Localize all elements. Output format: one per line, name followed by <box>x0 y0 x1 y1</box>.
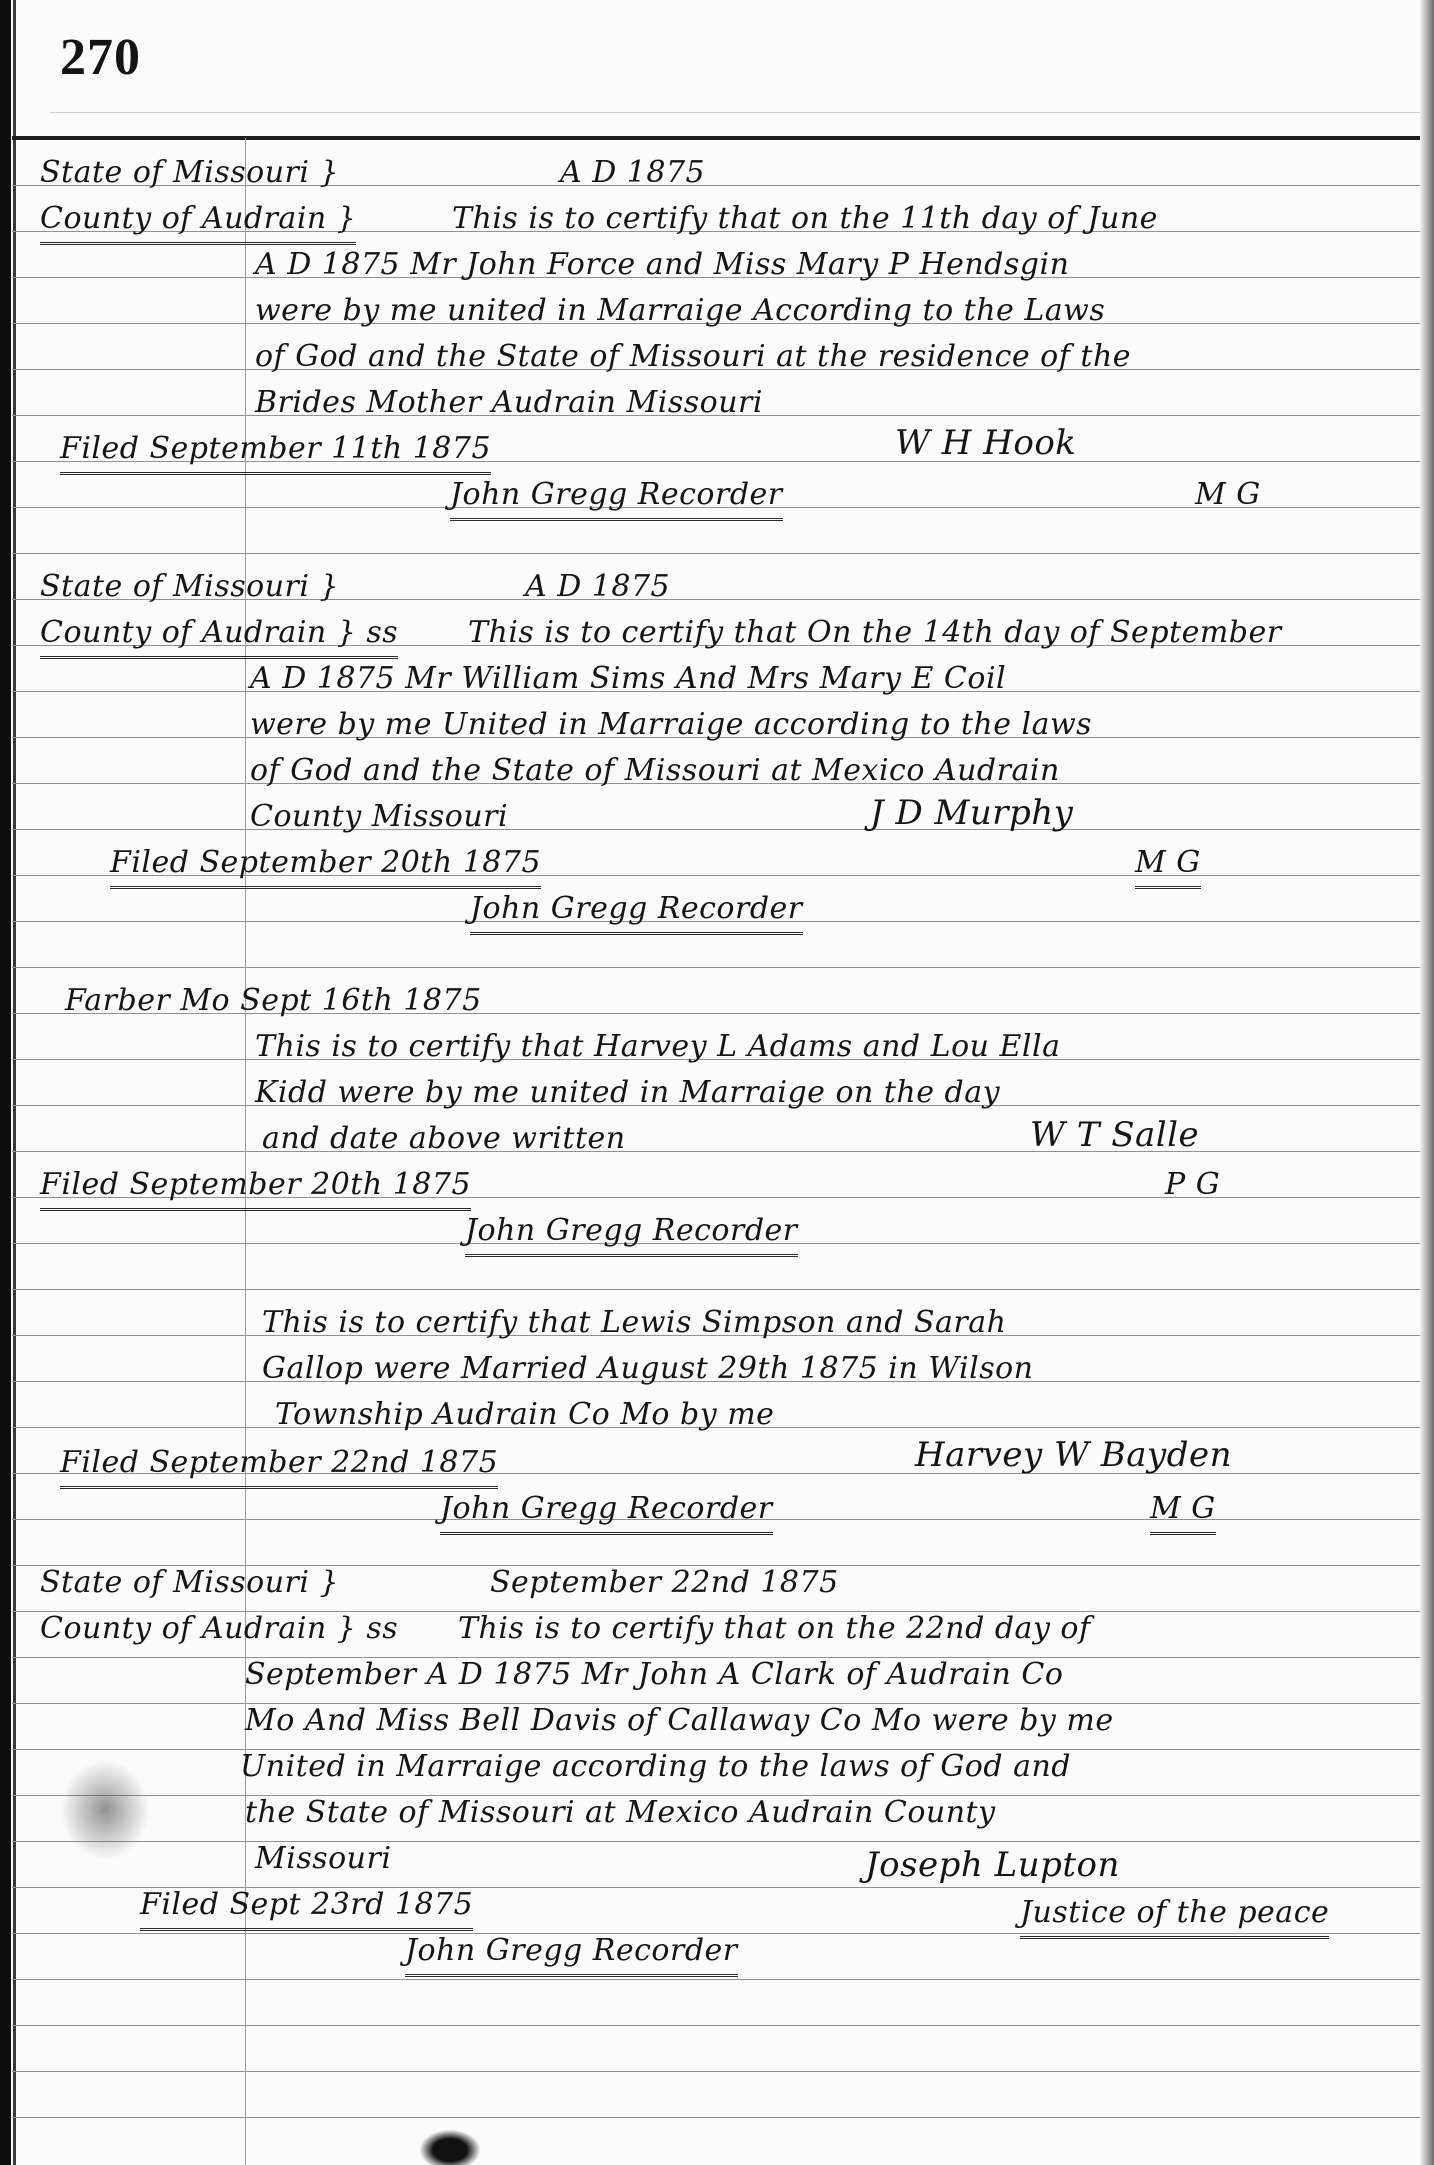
entry-2-officiant-signature: J D Murphy <box>870 790 1073 836</box>
entry-1-body-line-1: This is to certify that on the 11th day … <box>452 196 1158 242</box>
entry-3-place-date: Farber Mo Sept 16th 1875 <box>65 978 482 1024</box>
entry-2-body-line-4: of God and the State of Missouri at Mexi… <box>250 748 1060 794</box>
page-right-edge <box>1420 0 1434 2165</box>
entry-5-body-line-5: the State of Missouri at Mexico Audrain … <box>245 1790 996 1836</box>
entry-5-county-header: County of Audrain } ss <box>40 1606 398 1652</box>
entry-3-body-line-2: Kidd were by me united in Marraige on th… <box>255 1070 1000 1116</box>
entry-3-officiant-signature: W T Salle <box>1030 1112 1199 1158</box>
faint-header-rule <box>50 112 1420 113</box>
entry-1-recorder-signature: John Gregg Recorder <box>450 472 783 521</box>
entry-2-state-header: State of Missouri } <box>40 564 339 610</box>
entry-1-body-line-3: were by me united in Marraige According … <box>255 288 1105 334</box>
entry-1-county-header: County of Audrain } <box>40 196 356 245</box>
entry-2-body-line-5: County Missouri <box>250 794 508 840</box>
entry-4-officiant-signature: Harvey W Bayden <box>915 1432 1232 1478</box>
entry-4-body-line-2: Gallop were Married August 29th 1875 in … <box>262 1346 1033 1392</box>
entry-4-body-line-1: This is to certify that Lewis Simpson an… <box>262 1300 1006 1346</box>
entry-5-state-header: State of Missouri } <box>40 1560 339 1606</box>
entry-3-filed-date: Filed September 20th 1875 <box>40 1162 471 1211</box>
ink-blot <box>420 2130 480 2165</box>
entry-5-body-line-6: Missouri <box>255 1836 391 1882</box>
entry-5-body-line-1: This is to certify that on the 22nd day … <box>458 1606 1091 1652</box>
entry-2-body-line-2: A D 1875 Mr William Sims And Mrs Mary E … <box>250 656 1006 702</box>
entry-3-officiant-title: P G <box>1165 1162 1220 1208</box>
entry-2-officiant-title: M G <box>1135 840 1201 889</box>
entry-4-recorder-signature: John Gregg Recorder <box>440 1486 773 1535</box>
entry-2-county-header: County of Audrain } ss <box>40 610 398 659</box>
entry-4-officiant-title: M G <box>1150 1486 1216 1535</box>
entry-1-officiant-title: M G <box>1195 472 1261 518</box>
entry-5-date-line: September 22nd 1875 <box>490 1560 839 1606</box>
entry-5-filed-date: Filed Sept 23rd 1875 <box>140 1882 473 1931</box>
entry-1-filed-date: Filed September 11th 1875 <box>60 426 491 475</box>
entry-5-body-line-4: United in Marraige according to the laws… <box>240 1744 1071 1790</box>
page-number: 270 <box>60 28 141 87</box>
entry-5-body-line-2: September A D 1875 Mr John A Clark of Au… <box>245 1652 1063 1698</box>
entry-2-recorder-signature: John Gregg Recorder <box>470 886 803 935</box>
entry-1-body-line-4: of God and the State of Missouri at the … <box>255 334 1131 380</box>
entry-4-body-line-3: Township Audrain Co Mo by me <box>275 1392 774 1438</box>
entry-2-body-line-3: were by me United in Marraige according … <box>250 702 1092 748</box>
entry-3-body-line-3: and date above written <box>262 1116 626 1162</box>
entry-1-date-line: A D 1875 <box>560 150 705 196</box>
entry-3-body-line-1: This is to certify that Harvey L Adams a… <box>255 1024 1060 1070</box>
book-binding-edge <box>0 0 11 2165</box>
entry-1-state-header: State of Missouri } <box>40 150 339 196</box>
entry-5-body-line-3: Mo And Miss Bell Davis of Callaway Co Mo… <box>245 1698 1114 1744</box>
entry-2-body-line-1: This is to certify that On the 14th day … <box>468 610 1282 656</box>
entry-2-date-line: A D 1875 <box>525 564 670 610</box>
entry-5-recorder-signature: John Gregg Recorder <box>405 1928 738 1977</box>
entry-1-body-line-5: Brides Mother Audrain Missouri <box>255 380 763 426</box>
entry-1-officiant-signature: W H Hook <box>895 420 1076 466</box>
ink-smudge <box>60 1760 150 1860</box>
entry-5-officiant-title: Justice of the peace <box>1020 1890 1329 1939</box>
entry-1-body-line-2: A D 1875 Mr John Force and Miss Mary P H… <box>255 242 1069 288</box>
entry-2-filed-date: Filed September 20th 1875 <box>110 840 541 889</box>
entry-4-filed-date: Filed September 22nd 1875 <box>60 1440 498 1489</box>
entry-3-recorder-signature: John Gregg Recorder <box>465 1208 798 1257</box>
entry-5-officiant-signature: Joseph Lupton <box>865 1842 1120 1888</box>
